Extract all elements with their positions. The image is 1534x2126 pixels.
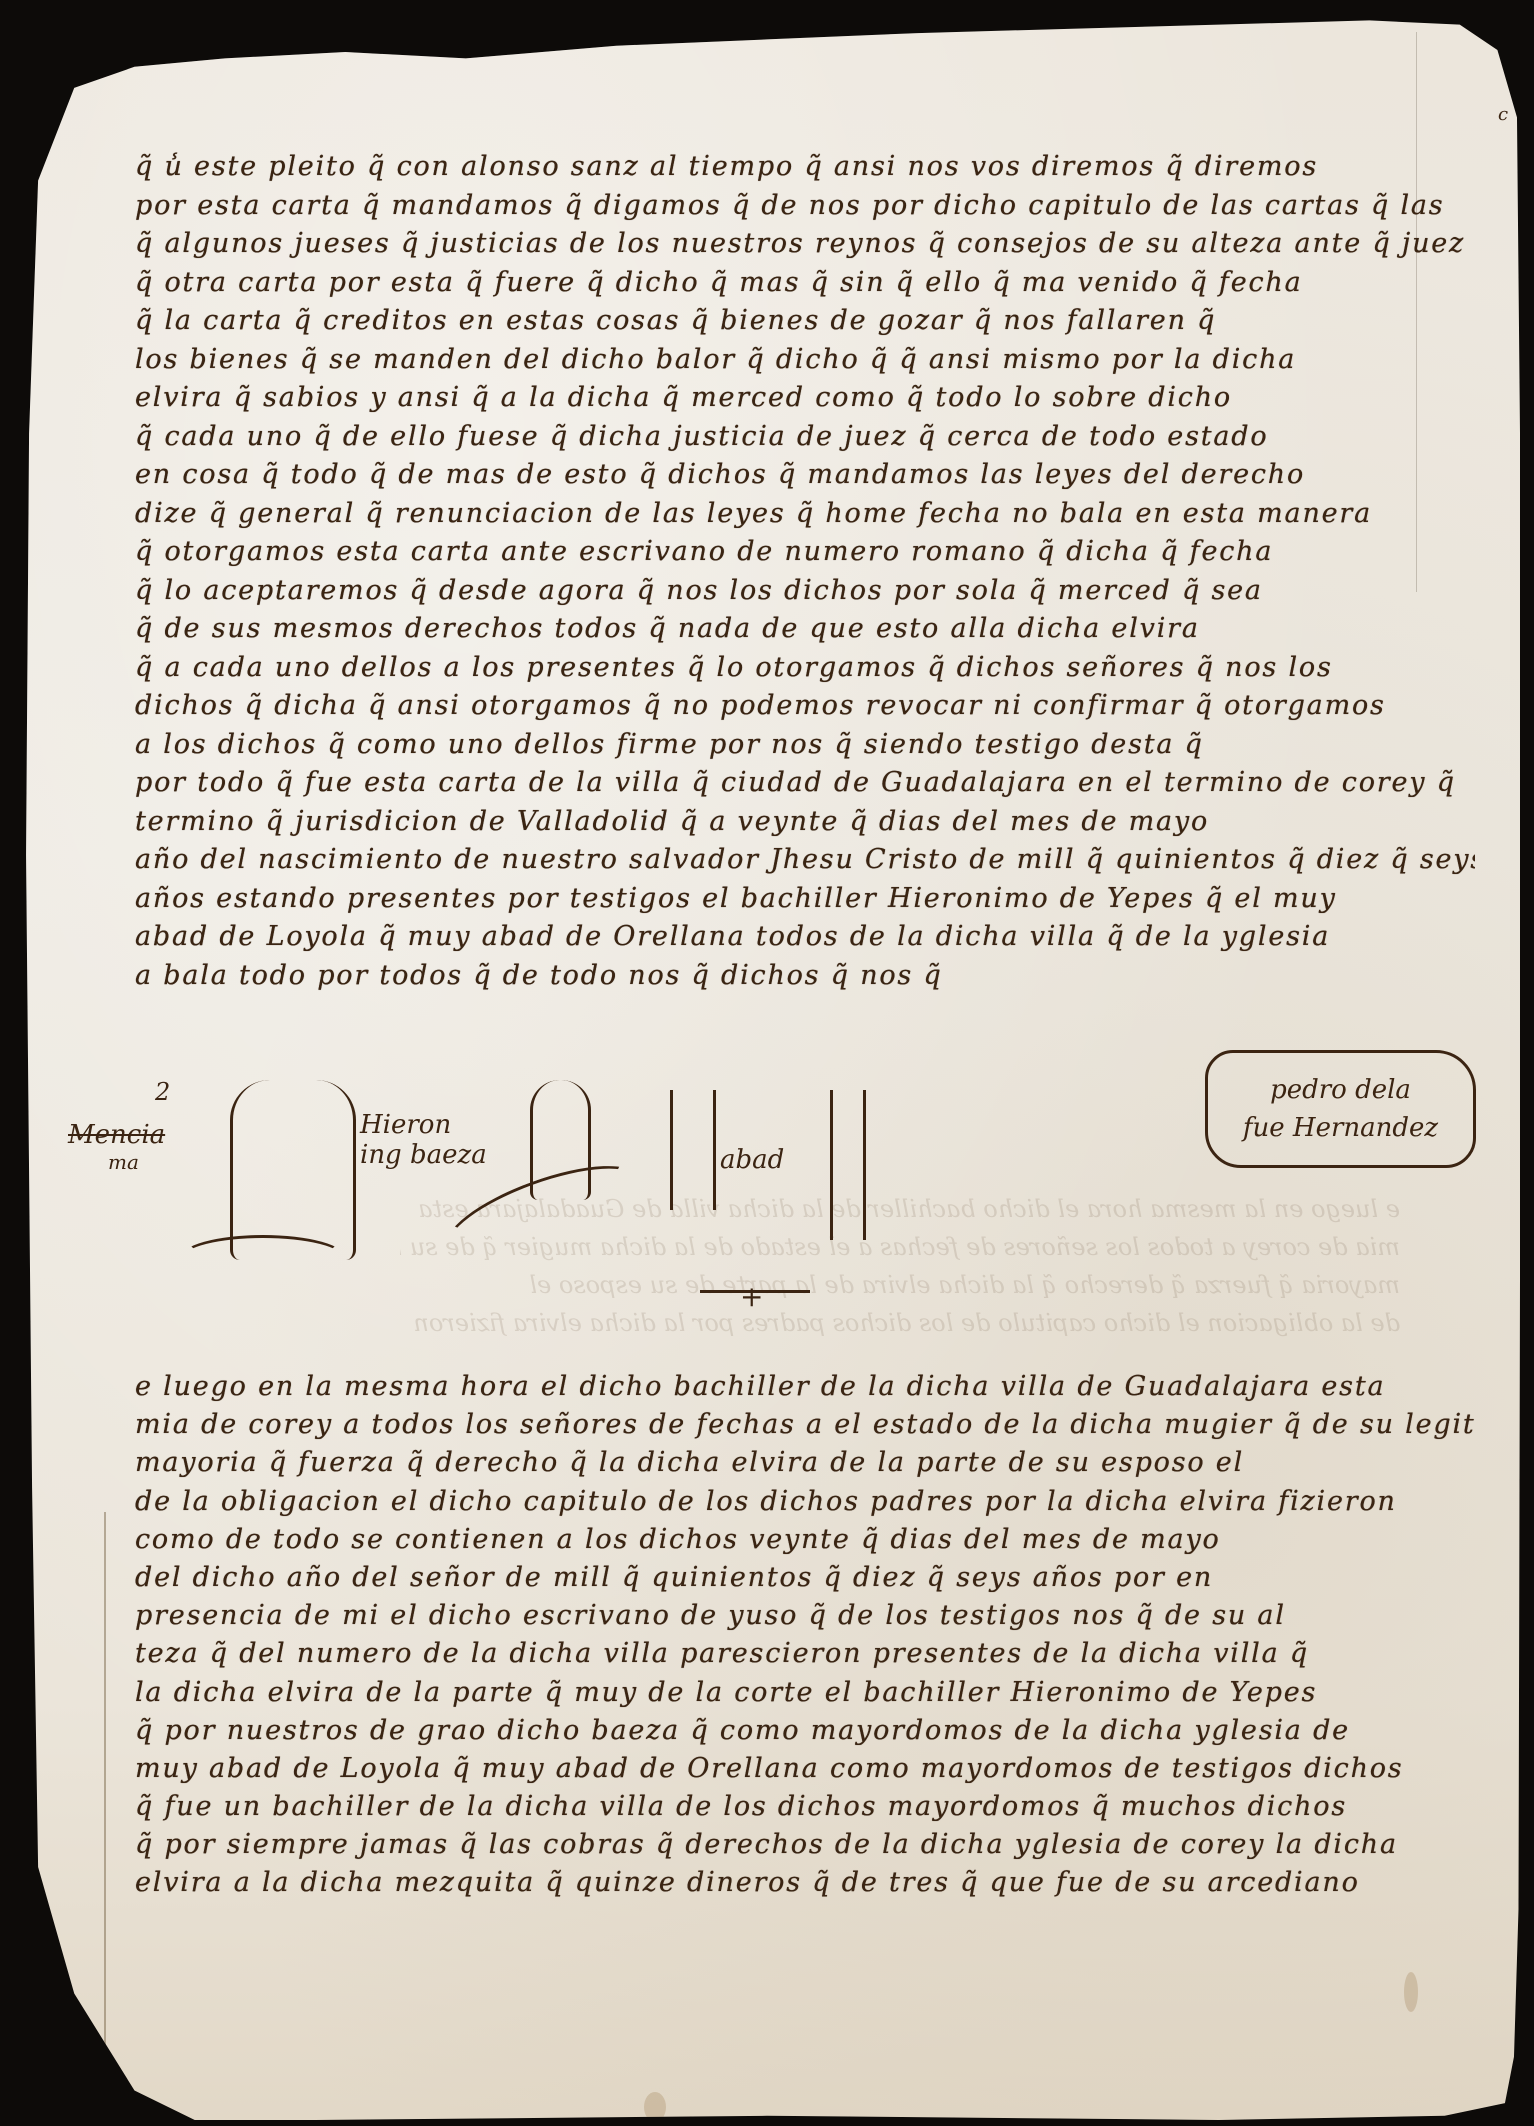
text-line: q̃ de sus mesmos derechos todos q̃ nada … [135,610,1475,649]
ink-stain [1404,1972,1418,2012]
text-line: de la obligacion el dicho capitulo de lo… [135,1483,1475,1521]
cross-mark: + [740,1280,763,1313]
text-line: los bienes q̃ se manden del dicho balor … [135,341,1475,380]
text-line: muy abad de Loyola q̃ muy abad de Orella… [135,1750,1475,1788]
text-line: por todo q̃ fue esta carta de la villa q… [135,764,1475,803]
text-line: elvira q̃ sabios y ansi q̃ a la dicha q̃… [135,379,1475,418]
upper-text-block: q̃ u̾ este pleito q̃ con alonso sanz al … [135,148,1475,995]
signature-rubric-4 [830,1090,866,1240]
text-line: año del nascimiento de nuestro salvador … [135,841,1475,880]
text-line: por esta carta q̃ mandamos q̃ digamos q̃… [135,187,1475,226]
text-line: años estando presentes por testigos el b… [135,880,1475,919]
signature-mencia: Mencia ma [68,1120,165,1174]
text-line: del dicho año del señor de mill q̃ quini… [135,1559,1475,1597]
text-line: q̃ lo aceptaremos q̃ desde agora q̃ nos … [135,572,1475,611]
page-corner-mark: c [1498,104,1508,125]
lower-text-block: e luego en la mesma hora el dicho bachil… [135,1368,1475,1903]
text-line: q̃ u̾ este pleito q̃ con alonso sanz al … [135,148,1475,187]
text-line: q̃ a cada uno dellos a los presentes q̃ … [135,649,1475,688]
text-line: a bala todo por todos q̃ de todo nos q̃ … [135,957,1475,996]
page-fold-crease [104,1512,106,2112]
text-line: a los dichos q̃ como uno dellos firme po… [135,726,1475,765]
text-line: termino q̃ jurisdicion de Valladolid q̃ … [135,803,1475,842]
signature-rubric-1 [230,1080,356,1260]
text-line: dize q̃ general q̃ renunciacion de las l… [135,495,1475,534]
text-line: mayoria q̃ fuerza q̃ derecho q̃ la dicha… [135,1444,1475,1482]
signature-rubric-3 [670,1090,716,1210]
text-line: como de todo se contienen a los dichos v… [135,1521,1475,1559]
text-line: presencia de mi el dicho escrivano de yu… [135,1597,1475,1635]
margin-numeral: 2 [155,1078,170,1106]
signature-hieronimo: Hieron ing baeza [360,1110,487,1170]
signature-flourish [180,1235,346,1281]
signature-abad: abad [720,1145,784,1175]
text-line: e luego en la mesma hora el dicho bachil… [135,1368,1475,1406]
text-line: q̃ por nuestros de grao dicho baeza q̃ c… [135,1712,1475,1750]
text-line: q̃ otorgamos esta carta ante escrivano d… [135,533,1475,572]
ink-stain [644,2092,666,2122]
text-line: q̃ algunos jueses q̃ justicias de los nu… [135,225,1475,264]
text-line: dichos q̃ dicha q̃ ansi otorgamos q̃ no … [135,687,1475,726]
text-line: elvira a la dicha mezquita q̃ quinze din… [135,1864,1475,1902]
text-line: q̃ otra carta por esta q̃ fuere q̃ dicho… [135,264,1475,303]
text-line: q̃ por siempre jamas q̃ las cobras q̃ de… [135,1826,1475,1864]
text-line: la dicha elvira de la parte q̃ muy de la… [135,1674,1475,1712]
text-line: en cosa q̃ todo q̃ de mas de esto q̃ dic… [135,456,1475,495]
text-line: q̃ cada uno q̃ de ello fuese q̃ dicha ju… [135,418,1475,457]
text-line: mia de corey a todos los señores de fech… [135,1406,1475,1444]
text-line: q̃ fue un bachiller de la dicha villa de… [135,1788,1475,1826]
boxed-signature: pedro dela fue Hernandez [1205,1050,1476,1168]
text-line: teza q̃ del numero de la dicha villa par… [135,1635,1475,1673]
text-line: abad de Loyola q̃ muy abad de Orellana t… [135,918,1475,957]
text-line: q̃ la carta q̃ creditos en estas cosas q… [135,302,1475,341]
